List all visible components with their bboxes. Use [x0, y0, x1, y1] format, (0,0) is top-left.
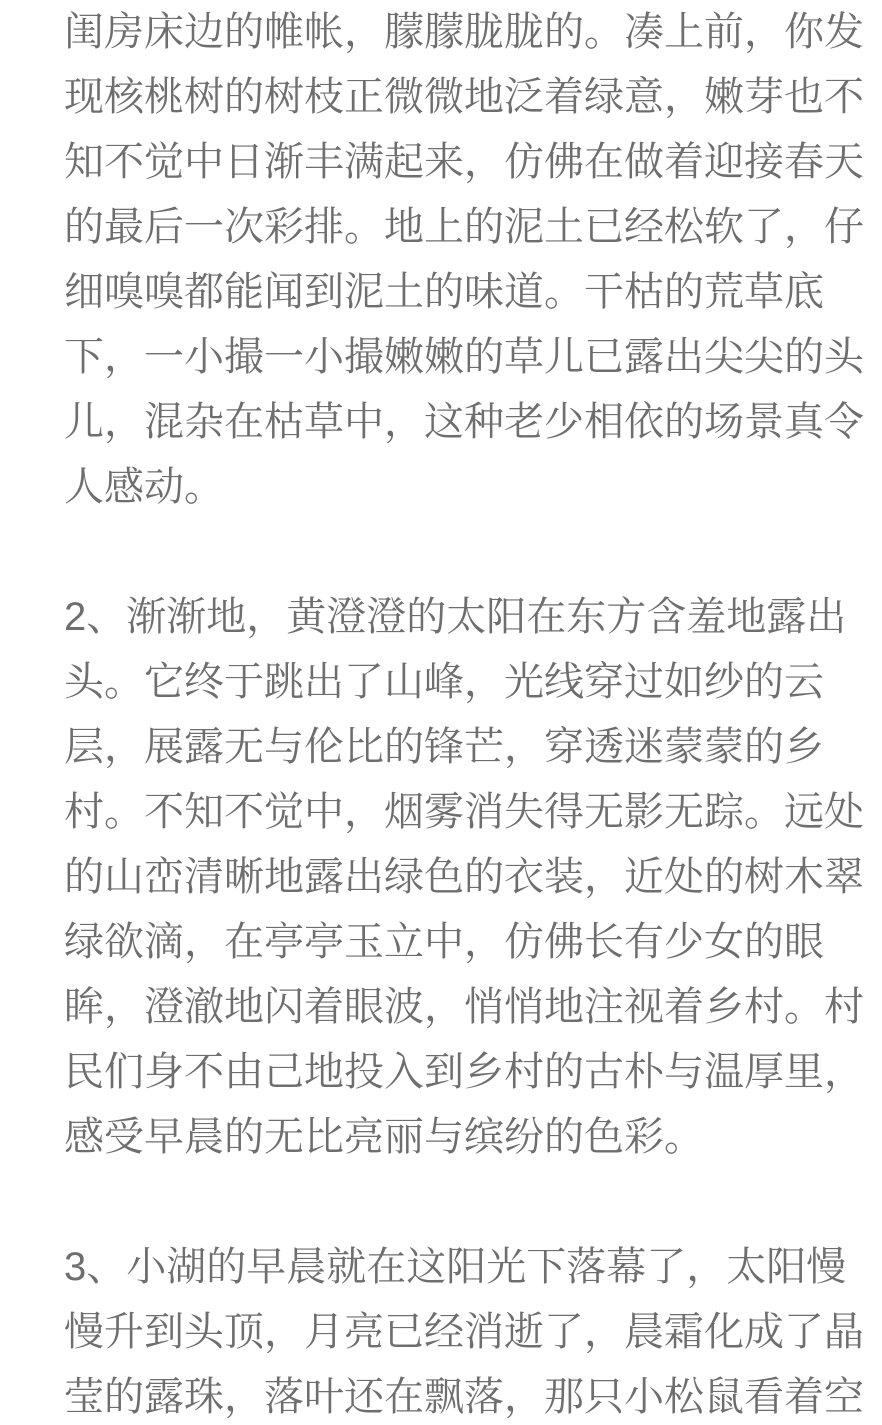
paragraph-1: 闺房床边的帷帐，朦朦胧胧的。凑上前，你发现核桃树的树枝正微微地泛着绿意，嫩芽也不… — [64, 0, 866, 520]
text-line: 层，展露无与伦比的锋芒，穿透迷蒙蒙的乡 — [64, 715, 866, 780]
text-line: 闺房床边的帷帐，朦朦胧胧的。凑上前，你发 — [64, 0, 866, 65]
text-line: 儿，混杂在枯草中，这种老少相依的场景真令 — [64, 390, 866, 455]
document-body: 闺房床边的帷帐，朦朦胧胧的。凑上前，你发现核桃树的树枝正微微地泛着绿意，嫩芽也不… — [0, 0, 882, 1425]
paragraph-2: 2、渐渐地，黄澄澄的太阳在东方含羞地露出头。它终于跳出了山峰，光线穿过如纱的云层… — [64, 585, 866, 1170]
text-line: 细嗅嗅都能闻到泥土的味道。干枯的荒草底 — [64, 260, 866, 325]
text-line: 的山峦清晰地露出绿色的衣装，近处的树木翠 — [64, 845, 866, 910]
text-line: 现核桃树的树枝正微微地泛着绿意，嫩芽也不 — [64, 65, 866, 130]
text-line: 绿欲滴，在亭亭玉立中，仿佛长有少女的眼 — [64, 910, 866, 975]
text-line: 慢升到头顶，月亮已经消逝了，晨霜化成了晶 — [64, 1300, 866, 1365]
text-line: 头。它终于跳出了山峰，光线穿过如纱的云 — [64, 650, 866, 715]
paragraph-3: 3、小湖的早晨就在这阳光下落幕了，太阳慢慢升到头顶，月亮已经消逝了，晨霜化成了晶… — [64, 1235, 866, 1425]
text-line: 3、小湖的早晨就在这阳光下落幕了，太阳慢 — [64, 1235, 866, 1300]
text-line: 人感动。 — [64, 455, 866, 520]
text-line: 知不觉中日渐丰满起来，仿佛在做着迎接春天 — [64, 130, 866, 195]
text-line: 民们身不由己地投入到乡村的古朴与温厚里， — [64, 1040, 866, 1105]
text-line: 2、渐渐地，黄澄澄的太阳在东方含羞地露出 — [64, 585, 866, 650]
text-line: 下，一小撮一小撮嫩嫩的草儿已露出尖尖的头 — [64, 325, 866, 390]
text-line: 的最后一次彩排。地上的泥土已经松软了，仔 — [64, 195, 866, 260]
text-line: 感受早晨的无比亮丽与缤纷的色彩。 — [64, 1105, 866, 1170]
text-line: 眸，澄澈地闪着眼波，悄悄地注视着乡村。村 — [64, 975, 866, 1040]
text-line: 莹的露珠，落叶还在飘落，那只小松鼠看着空 — [64, 1365, 866, 1425]
text-line: 村。不知不觉中，烟雾消失得无影无踪。远处 — [64, 780, 866, 845]
